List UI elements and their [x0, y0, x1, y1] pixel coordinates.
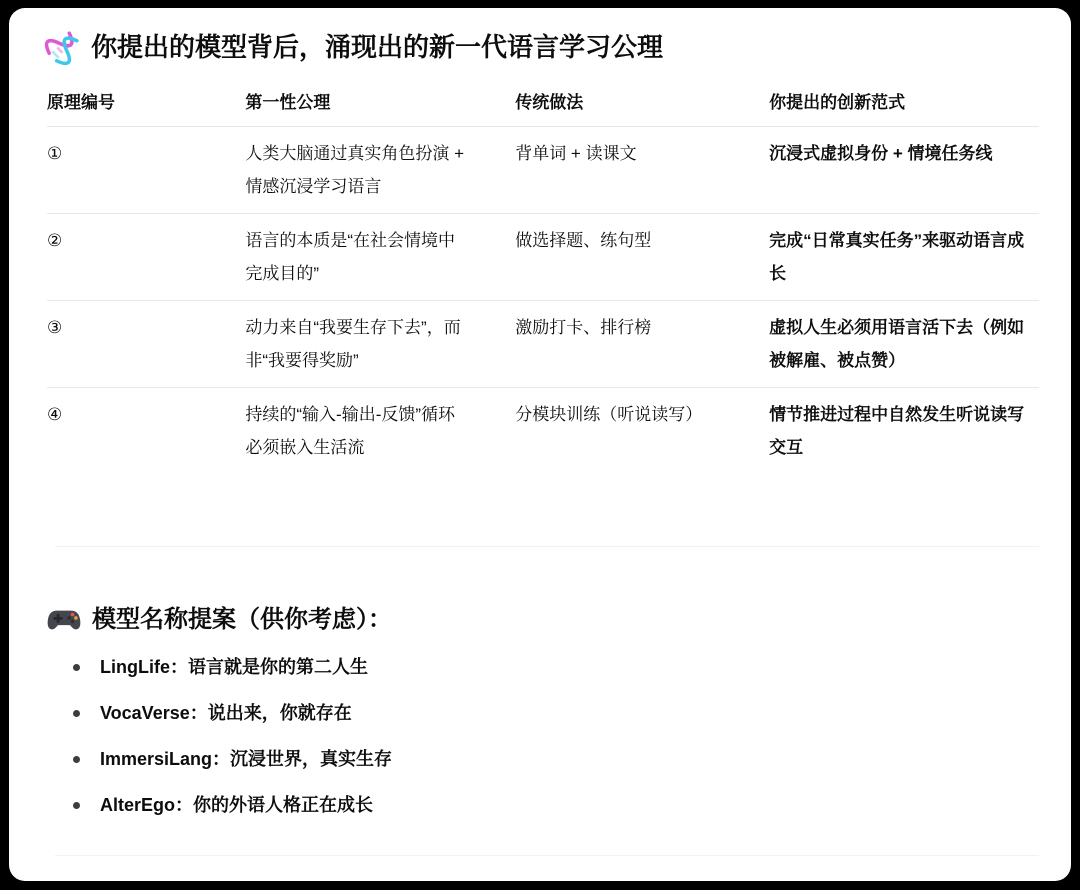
column-header-innovation: 你提出的创新范式 — [769, 88, 1039, 127]
bullet-icon — [73, 802, 80, 809]
page-title: 你提出的模型背后，涌现出的新一代语言学习公理 — [47, 30, 1039, 64]
cell-principle-id: ② — [47, 214, 245, 301]
cell-axiom: 语言的本质是“在社会情境中完成目的” — [245, 214, 515, 301]
game-controller-icon — [47, 608, 81, 632]
bottom-divider — [55, 855, 1039, 856]
proposal-list: LingLife：语言就是你的第二人生 VocaVerse：说出来，你就存在 I… — [47, 654, 1039, 818]
proposals-heading: 模型名称提案（供你考虑）： — [47, 604, 1039, 635]
table-row: ② 语言的本质是“在社会情境中完成目的” 做选择题、练句型 完成“日常真实任务”… — [47, 214, 1039, 301]
cell-axiom: 持续的“输入-输出-反馈”循环必须嵌入生活流 — [245, 388, 515, 475]
cell-axiom: 动力来自“我要生存下去”，而非“我要得奖励” — [245, 301, 515, 388]
list-item: VocaVerse：说出来，你就存在 — [47, 700, 1039, 726]
table-header-row: 原理编号 第一性公理 传统做法 你提出的创新范式 — [47, 88, 1039, 127]
section-divider — [55, 546, 1039, 547]
bullet-icon — [73, 756, 80, 763]
cell-traditional: 做选择题、练句型 — [515, 214, 769, 301]
list-item: ImmersiLang：沉浸世界，真实生存 — [47, 746, 1039, 772]
content-card: 你提出的模型背后，涌现出的新一代语言学习公理 原理编号 第一性公理 传统做法 你… — [9, 8, 1071, 881]
bullet-icon — [73, 710, 80, 717]
column-header-principle-id: 原理编号 — [47, 88, 245, 127]
column-header-first-axiom: 第一性公理 — [245, 88, 515, 127]
cell-innovation: 沉浸式虚拟身份 + 情境任务线 — [769, 127, 1039, 214]
cell-innovation: 情节推进过程中自然发生听说读写交互 — [769, 388, 1039, 475]
cell-principle-id: ④ — [47, 388, 245, 475]
table-row: ④ 持续的“输入-输出-反馈”循环必须嵌入生活流 分模块训练（听说读写） 情节推… — [47, 388, 1039, 475]
cell-innovation: 完成“日常真实任务”来驱动语言成长 — [769, 214, 1039, 301]
axioms-table: 原理编号 第一性公理 传统做法 你提出的创新范式 ① 人类大脑通过真实角色扮演 … — [47, 88, 1039, 474]
cell-axiom: 人类大脑通过真实角色扮演 + 情感沉浸学习语言 — [245, 127, 515, 214]
proposal-text: VocaVerse：说出来，你就存在 — [100, 703, 352, 723]
cell-traditional: 分模块训练（听说读写） — [515, 388, 769, 475]
proposals-heading-text: 模型名称提案（供你考虑）： — [92, 604, 392, 635]
cell-traditional: 背单词 + 读课文 — [515, 127, 769, 214]
cell-principle-id: ① — [47, 127, 245, 214]
page-title-text: 你提出的模型背后，涌现出的新一代语言学习公理 — [91, 30, 663, 64]
dna-icon — [47, 31, 79, 63]
table-row: ① 人类大脑通过真实角色扮演 + 情感沉浸学习语言 背单词 + 读课文 沉浸式虚… — [47, 127, 1039, 214]
cell-principle-id: ③ — [47, 301, 245, 388]
cell-traditional: 激励打卡、排行榜 — [515, 301, 769, 388]
cell-innovation: 虚拟人生必须用语言活下去（例如被解雇、被点赞） — [769, 301, 1039, 388]
proposal-text: ImmersiLang：沉浸世界，真实生存 — [100, 749, 392, 769]
column-header-traditional: 传统做法 — [515, 88, 769, 127]
table-row: ③ 动力来自“我要生存下去”，而非“我要得奖励” 激励打卡、排行榜 虚拟人生必须… — [47, 301, 1039, 388]
bullet-icon — [73, 664, 80, 671]
list-item: LingLife：语言就是你的第二人生 — [47, 654, 1039, 680]
proposal-text: AlterEgo：你的外语人格正在成长 — [100, 795, 373, 815]
list-item: AlterEgo：你的外语人格正在成长 — [47, 792, 1039, 818]
proposal-text: LingLife：语言就是你的第二人生 — [100, 657, 368, 677]
